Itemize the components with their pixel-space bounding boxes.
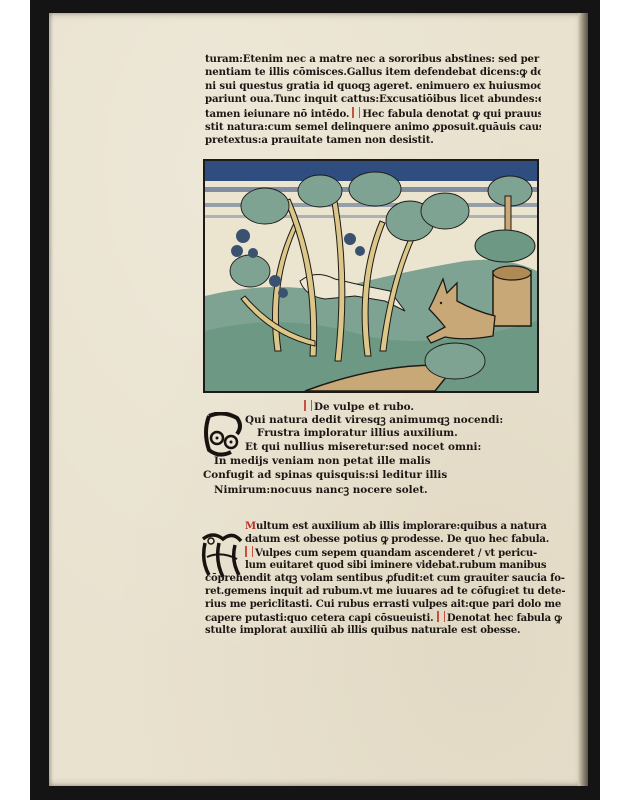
manuscript-page: turam:Etenim nec a matre nec a sororibus… [49,13,588,786]
rubric-letter: M [245,521,256,532]
text-line: ni sui questus gratia id quoqꝫ ageret. e… [205,80,541,93]
decorated-initial-q [203,412,243,458]
text-line: pariunt oua.Tunc inquit cattus:Excusatiō… [205,93,541,106]
prose-line: Multum est auxilium ab illis implorare:q… [245,520,547,533]
rubric-pilcrow-icon [304,400,312,411]
verse-line: Confugit ad spinas quisquis:si leditur i… [203,469,447,481]
verse-line: Frustra imploratur illius auxilium. [257,427,458,439]
prose-line: cōprehendit atqꝫ volam sentibus ꝓfudit:e… [205,572,565,585]
decorated-initial-icon [203,412,243,458]
verse-line: Et qui nullius miseretur:sed nocet omni: [245,441,481,453]
top-text-block: turam:Etenim nec a matre nec a sororibus… [205,53,541,148]
text-line: tamen ieiunare nō intēdo.Hec fabula deno… [205,107,541,121]
prose-line: Vulpes cum sepem quandam ascenderet / vt… [245,546,537,560]
woodcut-illustration [203,159,539,393]
verse-line: Nimirum:nocuus nancꝫ nocere solet. [214,483,428,497]
text-line: nentiam te illis cōmisces.Gallus item de… [205,66,541,79]
prose-line: ret.gemens inquit ad rubum.vt me iuuares… [205,585,565,598]
verse-line: Qui natura dedit viresqꝫ animumqꝫ nocend… [245,413,503,427]
fable-title: De vulpe et rubo. [304,400,414,413]
text-line: pretextus:a prauitate tamen non desistit… [205,134,541,147]
prose-line: datum est obesse potius ꝙ prodesse. De q… [245,533,549,546]
prose-line: stulte implorat auxiliū ab illis quibus … [205,624,520,637]
text-line: turam:Etenim nec a matre nec a sororibus… [205,53,541,66]
fox-and-bramble-icon [205,161,537,391]
rubric-pilcrow-icon [352,107,360,118]
text-line: stit natura:cum semel delinquere animo ꝓ… [205,121,541,134]
prose-line: capere putasti:quo cetera capi cōsueuist… [205,611,562,625]
rubric-pilcrow-icon [437,611,445,622]
rubric-pilcrow-icon [245,546,253,557]
page-gutter-edge [578,13,588,786]
prose-line: lum euitaret quod sibi iminere videbat.r… [245,559,546,572]
prose-line: rius me periclitasti. Cui rubus errasti … [205,598,561,611]
verse-line: In medijs veniam non petat ille malis [214,455,431,467]
